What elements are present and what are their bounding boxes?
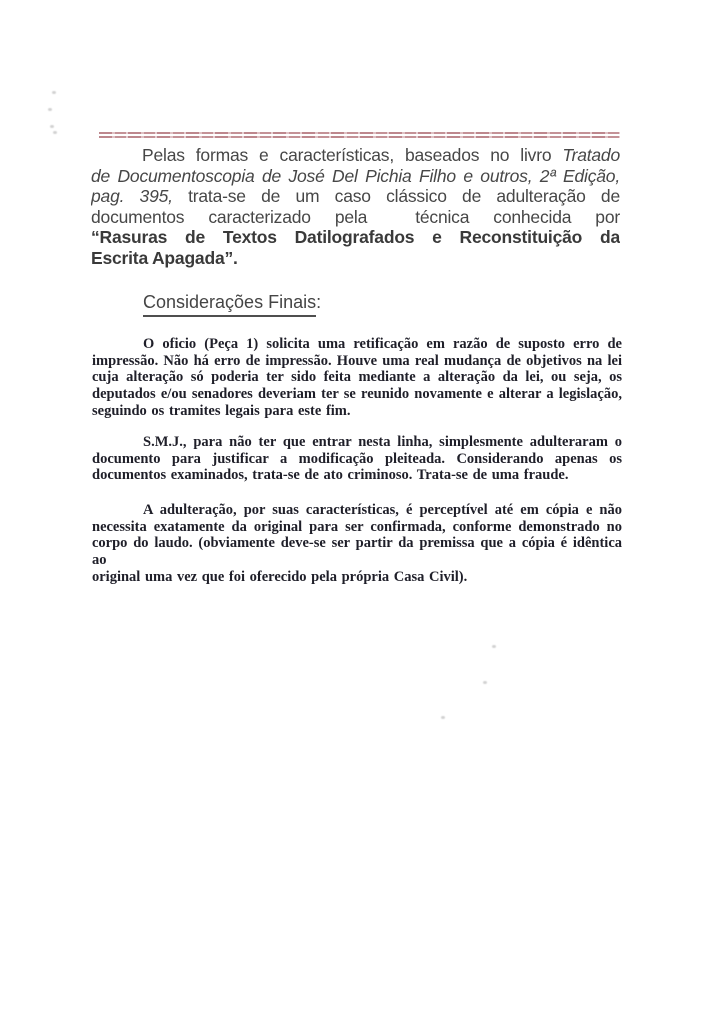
body-paragraph-1: O oficio (Peça 1) solicita uma retificaç… [92,336,622,420]
text-segment: documentos examinados, trata-se de ato c… [92,467,568,483]
double-rule [99,132,620,138]
text-segment: seguindo os tramites legais para este fi… [92,403,351,419]
text-line: seguindo os tramites legais para este fi… [92,403,622,420]
scan-speck [48,108,52,111]
text-segment: necessita exatamente da original para se… [92,519,622,535]
body-paragraph-3: A adulteração, por suas características,… [92,502,622,586]
intro-paragraph: Pelas formas e características, baseados… [91,145,620,268]
text-line: S.M.J., para não ter que entrar nesta li… [92,434,622,451]
scan-speck [50,125,54,128]
text-line: impressão. Não há erro de impressão. Hou… [92,353,622,370]
text-line: deputados e/ou senadores deveriam ter se… [92,386,622,403]
text-segment: trata-se de um caso clássico de adultera… [173,186,620,206]
text-line: corpo do laudo. (obviamente deve-se ser … [92,535,622,568]
text-line: documentos caracterizado pela técnica co… [91,207,620,228]
text-segment: pag. 395, [91,186,173,206]
scan-speck [52,91,56,94]
text-segment: de Documentoscopia de José Del Pichia Fi… [91,166,620,186]
text-segment: deputados e/ou senadores deveriam ter se… [92,386,622,402]
text-line: documentos examinados, trata-se de ato c… [92,467,622,484]
text-line: Pelas formas e características, baseados… [91,145,620,166]
text-segment: Escrita Apagada”. [91,248,238,268]
section-heading-colon: : [316,292,321,312]
scan-speck [492,645,496,648]
body-paragraph-2: S.M.J., para não ter que entrar nesta li… [92,434,622,484]
section-heading: Considerações Finais: [143,292,321,317]
text-line: “Rasuras de Textos Datilografados e Reco… [91,227,620,248]
text-segment: documento para justificar a modificação … [92,451,622,467]
document-page: Pelas formas e características, baseados… [0,0,724,1024]
text-line: pag. 395, trata-se de um caso clássico d… [91,186,620,207]
scan-speck [53,131,57,134]
scan-speck [483,681,487,684]
text-segment: corpo do laudo. (obviamente deve-se ser … [92,535,622,568]
text-segment: impressão. Não há erro de impressão. Hou… [92,353,622,369]
text-segment: O oficio (Peça 1) solicita uma retificaç… [143,336,622,352]
text-line: original uma vez que foi oferecido pela … [92,569,622,586]
text-segment: S.M.J., para não ter que entrar nesta li… [143,434,622,450]
text-segment: A adulteração, por suas características,… [143,502,622,518]
text-line: de Documentoscopia de José Del Pichia Fi… [91,166,620,187]
double-rule-bottom-line [99,136,620,138]
text-segment: “Rasuras de Textos Datilografados e Reco… [91,227,620,247]
text-segment: Tratado [562,145,620,165]
text-segment: documentos caracterizado pela técnica co… [91,207,620,227]
text-line: necessita exatamente da original para se… [92,519,622,536]
text-line: cuja alteração só poderia ter sido feita… [92,369,622,386]
text-segment: Pelas formas e características, baseados… [142,145,562,165]
text-line: documento para justificar a modificação … [92,451,622,468]
text-segment: original uma vez que foi oferecido pela … [92,569,467,585]
text-line: Escrita Apagada”. [91,248,620,269]
section-heading-label: Considerações Finais [143,292,316,317]
scan-speck [441,716,445,719]
text-line: O oficio (Peça 1) solicita uma retificaç… [92,336,622,353]
text-segment: cuja alteração só poderia ter sido feita… [92,369,622,385]
text-line: A adulteração, por suas características,… [92,502,622,519]
